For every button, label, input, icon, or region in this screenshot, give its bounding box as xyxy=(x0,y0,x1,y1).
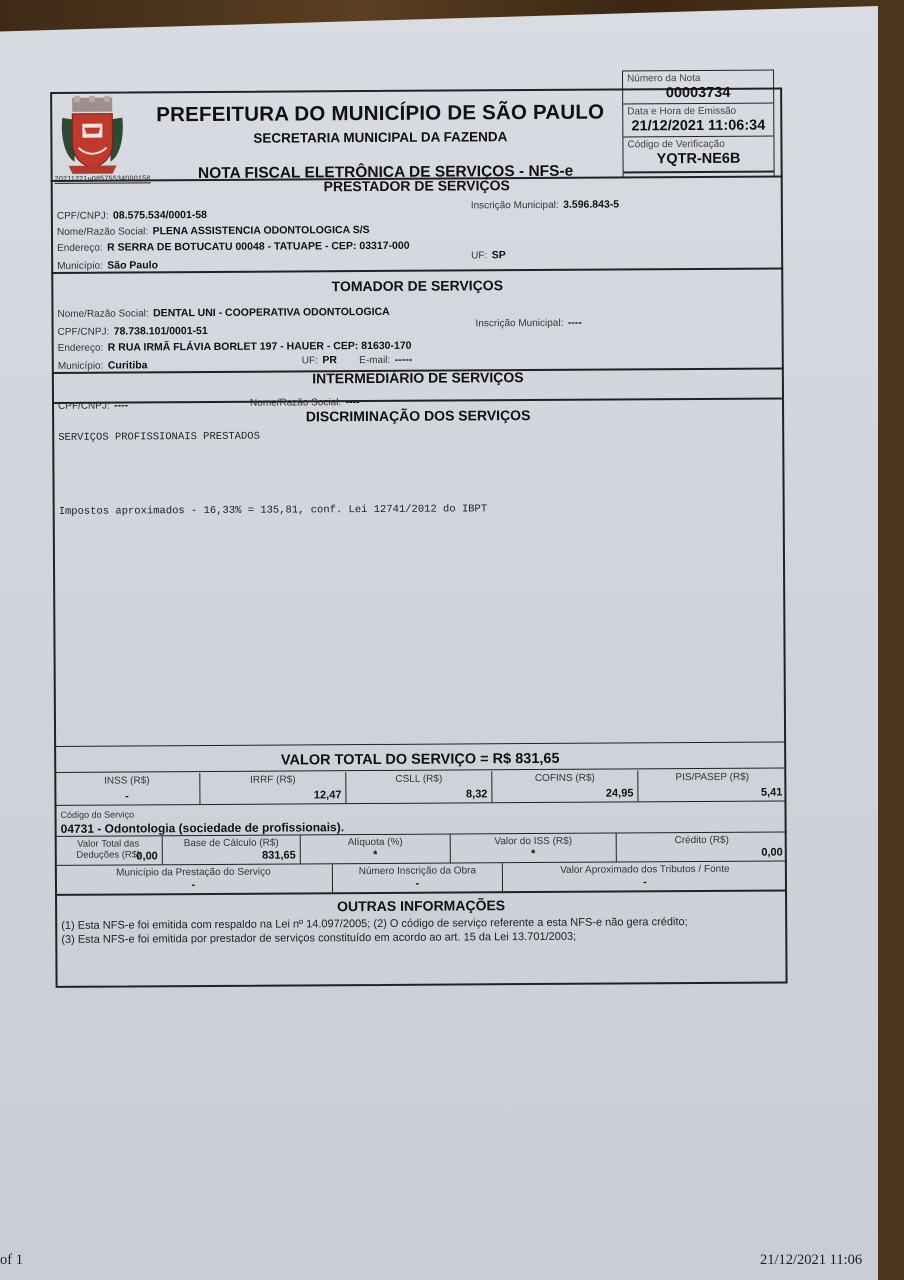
tomador-municipio: Curitiba xyxy=(108,359,148,371)
calc-value: * xyxy=(301,849,450,862)
service-code-label: Código do Serviço xyxy=(61,809,135,819)
tomador-uf: PR xyxy=(322,354,337,366)
extra-value: - xyxy=(333,877,502,890)
extra-value: - xyxy=(55,878,332,892)
label: CPF/CNPJ: xyxy=(57,211,109,222)
prestador-im-row: Inscrição Municipal: 3.596.843-5 xyxy=(471,194,619,213)
tax-cell-cofins: COFINS (R$) 24,95 xyxy=(492,770,638,802)
extra-cell-tributos: Valor Aproximado dos Tributos / Fonte - xyxy=(503,861,787,891)
issue-datetime-label: Data e Hora de Emissão xyxy=(627,106,736,118)
tomador-nome-row: Nome/Razão Social: DENTAL UNI - COOPERAT… xyxy=(57,302,389,322)
tax-value: 12,47 xyxy=(314,789,342,801)
page-title: PREFEITURA DO MUNICÍPIO DE SÃO PAULO xyxy=(150,101,610,128)
service-description-line: SERVIÇOS PROFISSIONAIS PRESTADOS xyxy=(58,431,260,444)
tax-value: 8,32 xyxy=(466,788,487,800)
invoice-meta-box: Número da Nota 00003734 Data e Hora de E… xyxy=(622,70,775,177)
label: Nome/Razão Social: xyxy=(250,397,341,409)
calc-value: 831,65 xyxy=(262,849,296,861)
tomador-im-row: Inscrição Municipal: ---- xyxy=(475,313,581,332)
issue-datetime-cell: Data e Hora de Emissão 21/12/2021 11:06:… xyxy=(623,104,773,138)
label: Endereço: xyxy=(57,243,103,254)
verification-code-label: Código de Verificação xyxy=(627,139,724,151)
calc-value: * xyxy=(451,848,616,861)
label: Endereço: xyxy=(58,343,104,354)
extra-label: Número Inscrição da Obra xyxy=(333,865,502,877)
prestador-endereco: R SERRA DE BOTUCATU 00048 - TATUAPE - CE… xyxy=(107,240,410,254)
tax-cell-csll: CSLL (R$) 8,32 xyxy=(346,771,492,803)
tax-cell-irrf: IRRF (R$) 12,47 xyxy=(200,772,346,804)
label: Nome/Razão Social: xyxy=(57,308,148,320)
calc-cell-credito: Crédito (R$) 0,00 xyxy=(617,832,787,861)
label: Nome/Razão Social: xyxy=(57,226,148,238)
extra-cell-municipio: Município da Prestação do Serviço - xyxy=(55,864,333,894)
label: UF: xyxy=(471,250,487,261)
tax-cell-inss: INSS (R$) - xyxy=(54,773,200,805)
nfse-document: 20211221u08575534000158 PREFEITURA DO MU… xyxy=(42,67,792,988)
calc-cell-iss: Valor do ISS (R$) * xyxy=(451,834,617,863)
calc-label: Alíquota (%) xyxy=(301,837,450,849)
invoice-number-cell: Número da Nota 00003734 xyxy=(623,71,773,105)
prestador-uf-row: UF: SP xyxy=(471,245,506,263)
prestador-cnpj: 08.575.534/0001-58 xyxy=(113,209,207,222)
label: Município: xyxy=(57,261,103,272)
calc-cell-aliquota: Alíquota (%) * xyxy=(301,835,451,864)
sao-paulo-coat-of-arms-icon xyxy=(58,95,126,177)
prestador-municipio: São Paulo xyxy=(107,259,158,271)
label: UF: xyxy=(302,355,318,366)
tomador-im: ---- xyxy=(568,317,582,329)
withholding-taxes-row: INSS (R$) - IRRF (R$) 12,47 CSLL (R$) 8,… xyxy=(54,769,786,805)
extra-cell-obra: Número Inscrição da Obra - xyxy=(333,863,503,892)
issue-datetime: 21/12/2021 11:06:34 xyxy=(623,118,773,135)
tax-label: IRRF (R$) xyxy=(200,774,345,786)
tomador-nome: DENTAL UNI - COOPERATIVA ODONTOLOGICA xyxy=(153,306,390,319)
invoice-number-label: Número da Nota xyxy=(627,73,700,84)
label: Inscrição Municipal: xyxy=(476,318,564,330)
tomador-uf-row: UF: PR E-mail: ----- xyxy=(302,350,413,369)
tax-label: PIS/PASEP (R$) xyxy=(638,771,786,783)
iss-calculation-row: Valor Total das Deduções (R$) 0,00 Base … xyxy=(55,831,787,865)
document-header: 20211221u08575534000158 PREFEITURA DO MU… xyxy=(50,87,783,183)
print-datetime: 21/12/2021 11:06 xyxy=(760,1252,862,1269)
tomador-cnpj: 78.738.101/0001-51 xyxy=(114,325,208,338)
label: E-mail: xyxy=(359,355,390,366)
tax-cell-pis-pasep: PIS/PASEP (R$) 5,41 xyxy=(638,769,786,801)
tax-value: - xyxy=(54,790,199,803)
prestador-uf: SP xyxy=(492,249,506,261)
tomador-email: ----- xyxy=(395,354,413,366)
calc-label: Base de Cálculo (R$) xyxy=(163,837,300,849)
prestador-endereco-row: Endereço: R SERRA DE BOTUCATU 00048 - TA… xyxy=(57,236,410,256)
tax-label: COFINS (R$) xyxy=(492,772,637,784)
extra-label: Valor Aproximado dos Tributos / Fonte xyxy=(503,863,787,876)
calc-value: 0,00 xyxy=(761,846,782,858)
invoice-number: 00003734 xyxy=(623,85,773,102)
label: Inscrição Municipal: xyxy=(471,200,559,212)
label: CPF/CNPJ: xyxy=(58,327,110,338)
tax-value: 24,95 xyxy=(606,787,634,799)
tax-label: INSS (R$) xyxy=(54,775,199,787)
verification-code-cell: Código de Verificação YQTR-NE6B xyxy=(623,137,773,174)
tax-label: CSLL (R$) xyxy=(346,773,491,785)
calc-label: Valor do ISS (R$) xyxy=(451,836,616,848)
calc-label: Crédito (R$) xyxy=(617,834,787,846)
verification-code: YQTR-NE6B xyxy=(623,151,773,168)
label: Município: xyxy=(58,361,104,372)
extra-label: Município da Prestação do Serviço xyxy=(55,866,332,879)
calc-cell-base: Base de Cálculo (R$) 831,65 xyxy=(163,835,301,864)
calc-value: 0,00 xyxy=(136,850,157,862)
tax-value: 5,41 xyxy=(761,786,782,798)
extra-value: - xyxy=(503,875,787,889)
prestador-im: 3.596.843-5 xyxy=(563,198,619,210)
print-page-number: of 1 xyxy=(0,1252,23,1269)
page-subtitle: SECRETARIA MUNICIPAL DA FAZENDA xyxy=(150,129,610,147)
calc-cell-deducoes: Valor Total das Deduções (R$) 0,00 xyxy=(55,836,163,865)
service-extra-row: Município da Prestação do Serviço - Núme… xyxy=(55,861,787,895)
